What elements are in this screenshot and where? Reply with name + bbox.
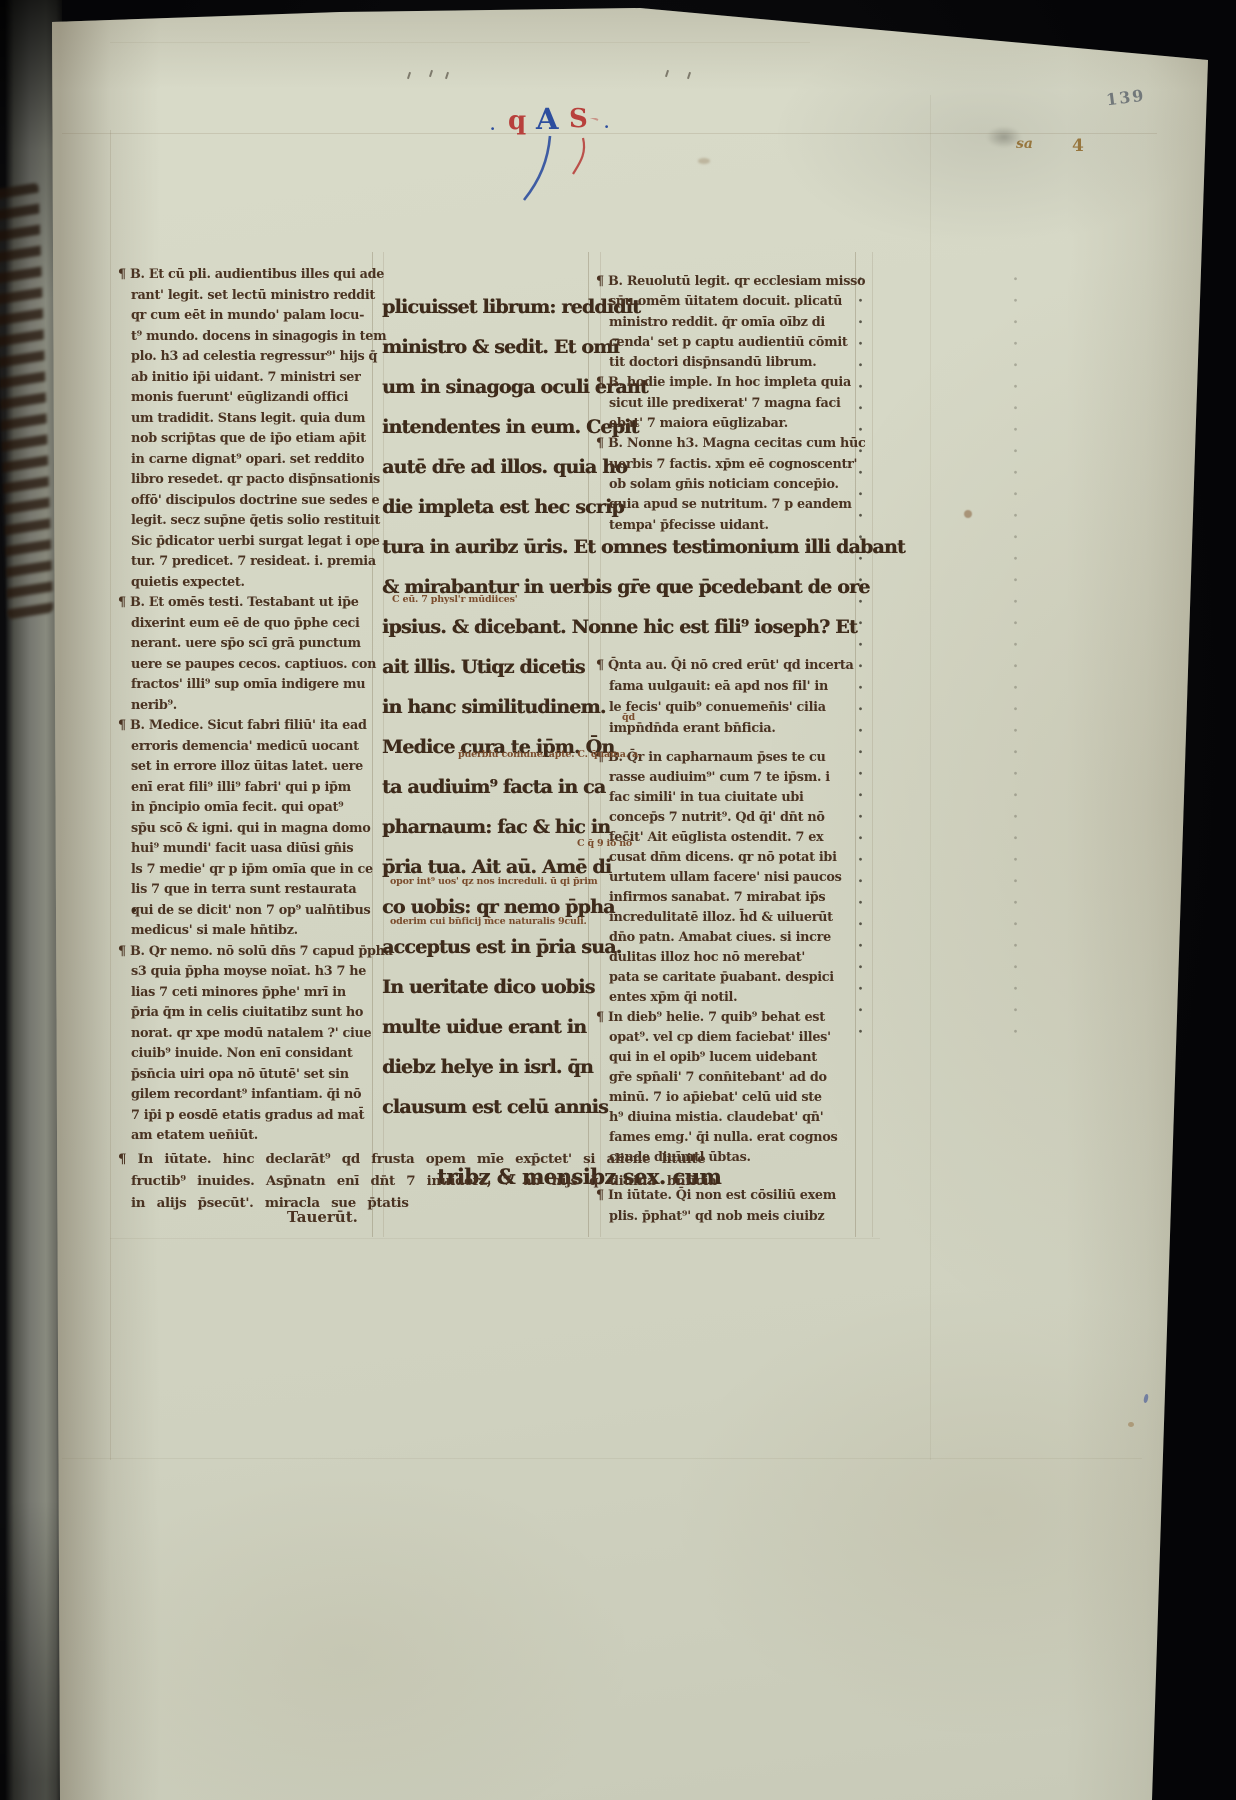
text-line: um tradidit. Stans legit. quia dum xyxy=(118,409,380,430)
text-line: plicuisset librum: reddidit xyxy=(382,287,612,327)
text-line: rasse audiuim⁹' cum 7 te ip̄sm. i xyxy=(596,768,864,788)
ruling-line xyxy=(930,95,931,1460)
interlinear-gloss: oderim cui bn̄ficij m̄ce naturalis 9culi… xyxy=(390,916,587,927)
prick-tick xyxy=(445,72,449,79)
text-line: entes xp̄m q̄i notil. xyxy=(596,988,864,1008)
text-line: ¶ Q̄nta au. Q̄i nō cred erūt' qd incerta xyxy=(596,655,864,676)
text-line: Medice cura te ip̄m. Q̄n xyxy=(382,727,612,767)
text-line: incredulitatē illoz. h̄d & uiluerūt xyxy=(596,908,864,928)
text-line: p̄ria q̄m in celis ciuitatibz sunt ho xyxy=(118,1003,380,1024)
main-text-wide: tura in auribz ūris. Et omnes testimoniu… xyxy=(382,527,862,647)
ruling-line xyxy=(110,1238,880,1239)
text-line: fac simili' in tua ciuitate ubi xyxy=(596,788,864,808)
text-line: dulitas illoz hoc nō merebat' xyxy=(596,948,864,968)
text-line: in alijs p̄secūt'. miracla sue p̄tatis xyxy=(118,1192,908,1214)
text-line: legit. secz sup̄ne q̄etis solio restitui… xyxy=(118,511,380,532)
text-line: dixerint eum eē de quo p̄phe ceci xyxy=(118,614,380,635)
text-line: nerib⁹. xyxy=(118,696,380,717)
text-line: fames emg.' q̄i nulla. erat cognos xyxy=(596,1128,864,1148)
prick-marks-far-right xyxy=(1013,268,1018,1040)
text-line: qr cum eēt in mundo' palam locu- xyxy=(118,306,380,327)
text-line: ab initio ip̄i uidant. 7 ministri ser xyxy=(118,368,380,389)
text-line: tempa' p̄fecisse uidant. xyxy=(596,516,864,536)
text-line: diebz helye in isrl. q̄n xyxy=(382,1047,612,1087)
right-gloss-block-4: ¶ In dieb⁹ helie. 7 quib⁹ behat estopat⁹… xyxy=(596,1008,864,1168)
text-line: concep̄s 7 nutrit⁹. Qd q̄i' dn̄t nō xyxy=(596,808,864,828)
text-line: offō' discipulos doctrine sue sedes e xyxy=(118,491,380,512)
text-line: minū. 7 io ap̄iebat' celū uid ste xyxy=(596,1088,864,1108)
text-line: norat. qr xpe modū natalem ?' ciue xyxy=(118,1024,380,1045)
text-line: fractos' illi⁹ sup omīa indigere mu xyxy=(118,675,380,696)
text-line: cusat dn̄m dicens. qr nō potat ibi xyxy=(596,848,864,868)
text-line: impn̄dn̄da erant bn̄ficia. xyxy=(596,718,864,739)
text-line: sp̄u scō & igni. qui in magna domo xyxy=(118,819,380,840)
text-line: le fecis' quib⁹ conuemen̄is' cilia xyxy=(596,697,864,718)
text-line: rant' legit. set lectū ministro reddit xyxy=(118,286,380,307)
text-line: sicut ille predixerat' 7 magna faci xyxy=(596,394,864,414)
brown-speck xyxy=(1128,1422,1134,1427)
text-line: tur. 7 predicet. 7 resideat. i. premia xyxy=(118,552,380,573)
folio-number: 139 xyxy=(1105,86,1146,110)
manuscript-page: · q A S · 139 sa 4 ¶ B. Et cū pli. audie… xyxy=(0,0,1236,1800)
text-line: in p̄ncipio omīa fecit. qui opat⁹ xyxy=(118,798,380,819)
margin-ink-dot xyxy=(132,908,136,912)
ruling-line xyxy=(872,252,873,1237)
text-line: ¶ B. Et cū pli. audientibus illes qui ad… xyxy=(118,265,380,286)
ruling-line xyxy=(110,130,111,1460)
quire-number: 4 xyxy=(1072,136,1084,156)
text-line: p̄sn̄cia uiri opa nō ūtutē' set sin xyxy=(118,1065,380,1086)
text-line: ta audiuim⁹ facta in ca xyxy=(382,767,612,807)
text-line: h⁹ diuina mistia. claudebat' qn̄' xyxy=(596,1108,864,1128)
manuscript-photograph: · q A S · 139 sa 4 ¶ B. Et cū pli. audie… xyxy=(0,0,1236,1800)
text-line: ¶ In dieb⁹ helie. 7 quib⁹ behat est xyxy=(596,1008,864,1028)
text-line: libro resedet. qr pacto disp̄nsationis xyxy=(118,470,380,491)
text-line: qui de se dicit' non 7 op⁹ ualn̄tibus xyxy=(118,901,380,922)
text-line: tit doctori disp̄nsandū librum. xyxy=(596,353,864,373)
text-line: t⁹ mundo. docens in sinagogis in tem xyxy=(118,327,380,348)
text-line: lias 7 ceti minores p̄phe' mrī in xyxy=(118,983,380,1004)
ruling-line xyxy=(62,1458,1142,1459)
interlinear-gloss: p̄uerbiū coīnune. ap̄te. C. q̄uama. a. xyxy=(458,749,641,760)
blue-ink-speck xyxy=(1143,1394,1149,1404)
text-line: In ueritate dico uobis xyxy=(382,967,612,1007)
text-line: quietis expectet. xyxy=(118,573,380,594)
prick-tick xyxy=(407,72,411,79)
text-line: ¶ B. Qr nemo. nō solū dn̄s 7 capud p̄pha xyxy=(118,942,380,963)
text-line: die impleta est hec scrip xyxy=(382,487,612,527)
text-line: cenda' set p captu audientiū cōmit xyxy=(596,333,864,353)
text-line: dn̄o patn. Amabat ciues. si incre xyxy=(596,928,864,948)
text-line: erroris demencia' medicū uocant xyxy=(118,737,380,758)
text-line: ebat' 7 maiora eūglizabar. xyxy=(596,414,864,434)
text-line: ¶ B. Nonne h3. Magna cecitas cum hūc xyxy=(596,434,864,454)
main-text-lower: ait illis. Utiqz dicetisin hanc similitu… xyxy=(382,647,612,1127)
text-line: enī erat fili⁹ illi⁹ fabri' qui p ip̄m xyxy=(118,778,380,799)
text-line: gr̄e spn̄ali' 7 conn̄itebant' ad do xyxy=(596,1068,864,1088)
interlinear-gloss: opor int⁹ uos' qz nos increduli. ū qi p̄… xyxy=(390,876,597,887)
text-line: in carne dignat⁹ opari. set reddito xyxy=(118,450,380,471)
text-line: ¶ In iūtate. hinc declarāt⁹ qd frusta op… xyxy=(118,1148,908,1170)
text-line: fec̄it' Ait eūglista ostendit. 7 ex xyxy=(596,828,864,848)
text-line: ait illis. Utiqz dicetis xyxy=(382,647,612,687)
running-title-flourish xyxy=(490,118,630,218)
text-line: fama uulgauit: eā apd nos fil' in xyxy=(596,676,864,697)
text-line: plo. h3 ad celestia regressur⁹' hijs q̄ xyxy=(118,347,380,368)
text-line: ministro reddit. q̄r omīa oībz di xyxy=(596,313,864,333)
text-line: fructib⁹ inuides. Asp̄natn enī dn̄t 7 in… xyxy=(118,1170,908,1192)
text-line: lis 7 que in terra sunt restaurata xyxy=(118,880,380,901)
text-line: ciuib⁹ inuide. Non enī considant xyxy=(118,1044,380,1065)
text-line: intendentes in eum. Cepit xyxy=(382,407,612,447)
text-line: nob scrip̄tas que de ip̄o etiam ap̄it xyxy=(118,429,380,450)
text-line: ministro & sedit. Et omī xyxy=(382,327,612,367)
left-gloss-column: ¶ B. Et cū pli. audientibus illes qui ad… xyxy=(118,265,380,1147)
text-line: Sic p̄dicator uerbi surgat legat i ope xyxy=(118,532,380,553)
text-line: uere se paupes cecos. captiuos. con xyxy=(118,655,380,676)
text-line: am etatem uen̄iūt. xyxy=(118,1126,380,1147)
stain-speck xyxy=(698,158,710,164)
text-line: ¶ B. Reuolutū legit. qr ecclesiam misso xyxy=(596,272,864,292)
gutter-shadow xyxy=(0,0,62,1800)
text-line: ¶ B. Medice. Sicut fabri filiū' ita ead xyxy=(118,716,380,737)
text-line: acceptus est in p̄ria sua. xyxy=(382,927,612,967)
interlinear-gloss: C eū. 7 physl'r mūdiices' xyxy=(392,594,518,605)
text-line: qui in el opib⁹ lucem uidebant xyxy=(596,1048,864,1068)
bottom-gloss: ¶ In iūtate. hinc declarāt⁹ qd frusta op… xyxy=(118,1148,908,1214)
catchword: Tauerūt. xyxy=(287,1208,358,1226)
text-line: infirmos sanabat. 7 mirabat ip̄s xyxy=(596,888,864,908)
text-line: multe uidue erant in xyxy=(382,1007,612,1047)
text-line: in hanc similitudinem. xyxy=(382,687,612,727)
text-line: hui⁹ mundi' facit uasa diūsi gn̄is xyxy=(118,839,380,860)
text-line: sp̄u omēm ūitatem docuit. plicatū xyxy=(596,292,864,312)
text-line: 7 ip̄i p eosdē etatis gradus ad mat̄ xyxy=(118,1106,380,1127)
text-line: um in sinagoga oculi erant xyxy=(382,367,612,407)
text-line: clausum est celū annis xyxy=(382,1087,612,1127)
text-line: quia apud se nutritum. 7 p eandem xyxy=(596,495,864,515)
main-text-upper: plicuisset librum: reddiditministro & se… xyxy=(382,287,612,527)
text-line: opat⁹. vel cp diem faciebat' illes' xyxy=(596,1028,864,1048)
text-line: ¶ B. Et omēs testi. Testabant ut ip̄e xyxy=(118,593,380,614)
right-gloss-block-1: ¶ B. Reuolutū legit. qr ecclesiam missos… xyxy=(596,272,864,536)
text-line: ipsius. & dicebant. Nonne hic est fili⁹ … xyxy=(382,607,862,647)
text-line: uerbis 7 factis. xp̄m eē cognoscentr' xyxy=(596,455,864,475)
text-line: gilem recordant⁹ infantiam. q̄i nō xyxy=(118,1085,380,1106)
text-line: autē dr̄e ad illos. quia ho xyxy=(382,447,612,487)
text-line: ls 7 medie' qr p ip̄m omīa que in ce xyxy=(118,860,380,881)
text-line: pata se caritate p̄uabant. despici xyxy=(596,968,864,988)
text-line: medicus' si male hn̄tibz. xyxy=(118,921,380,942)
text-line: urtutem ullam facere' nisi paucos xyxy=(596,868,864,888)
ruling-line xyxy=(110,42,810,43)
text-line: ob solam gn̄is noticiam concep̄io. xyxy=(596,475,864,495)
ink-speck xyxy=(964,510,972,518)
right-gloss-block-3: ¶ B. Q̄r in capharnaum p̄ses te curasse … xyxy=(596,748,864,1008)
text-line: monis fuerunt' eūglizandi offici xyxy=(118,388,380,409)
interlinear-gloss: C q̄ 9 iō nō xyxy=(577,838,632,849)
prick-tick xyxy=(665,70,669,77)
text-line: set in errore illoz ūitas latet. uere xyxy=(118,757,380,778)
text-line: s3 quia p̄pha moyse noīat. h3 7 he xyxy=(118,962,380,983)
text-line: nerant. uere sp̄o scī grā punctum xyxy=(118,634,380,655)
right-gloss-block-2: ¶ Q̄nta au. Q̄i nō cred erūt' qd incerta… xyxy=(596,655,864,739)
smudge-stain xyxy=(986,126,1022,148)
interlinear-gloss: q̄d xyxy=(622,712,635,723)
text-line: ¶ B. hodie imple. In hoc impleta quia xyxy=(596,373,864,393)
prick-tick xyxy=(429,70,433,77)
prick-tick xyxy=(687,72,691,79)
